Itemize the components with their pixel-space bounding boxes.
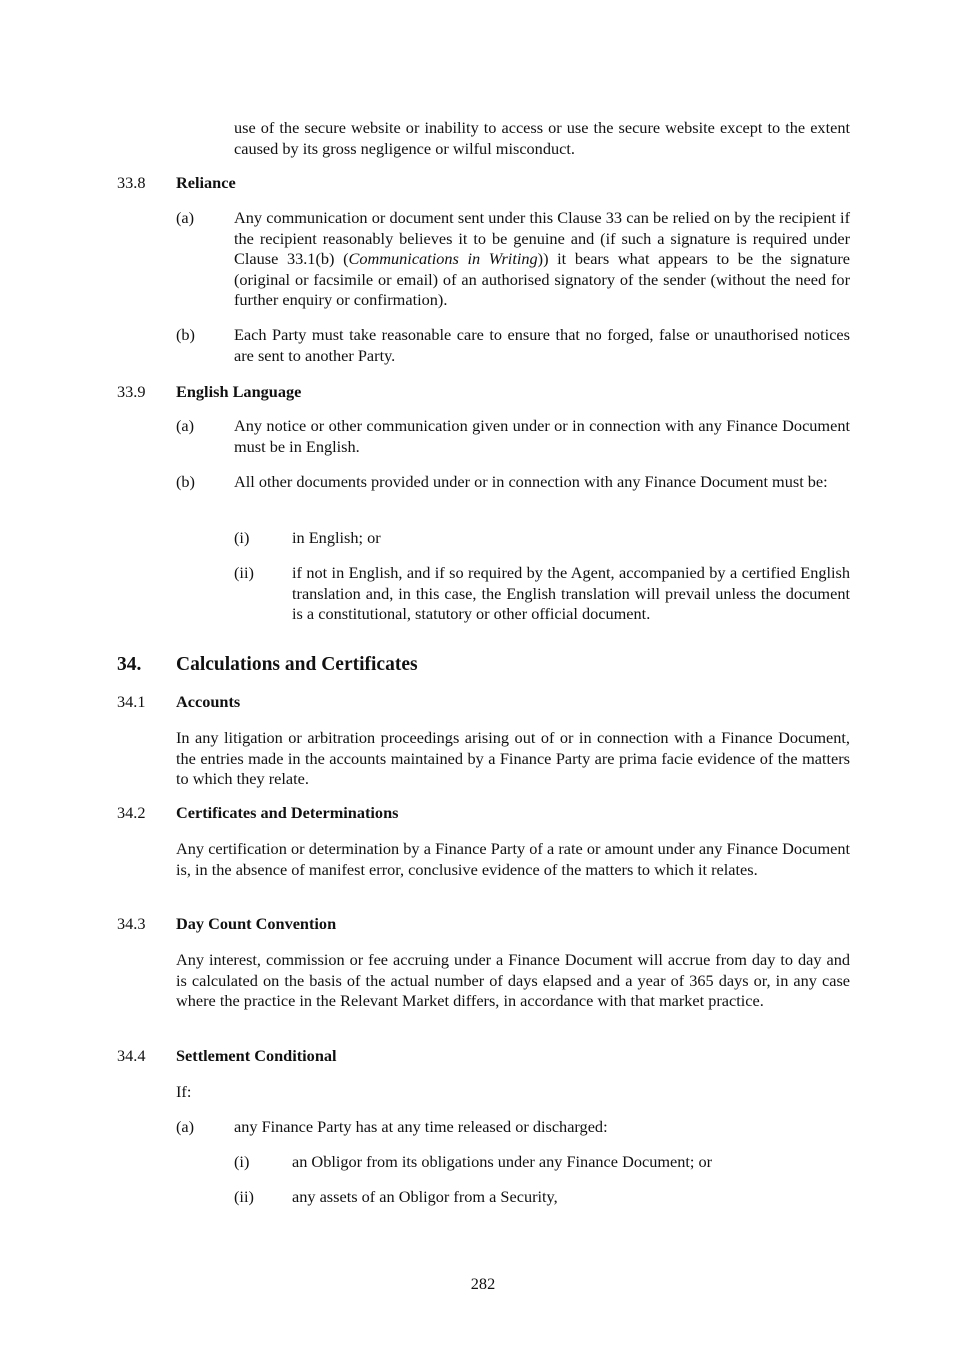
clause-heading: Day Count Convention — [176, 914, 336, 934]
clause-heading: Certificates and Determinations — [176, 803, 398, 823]
item-label: (i) — [234, 1152, 249, 1172]
item-label: (a) — [176, 416, 194, 436]
clause-paragraph: any assets of an Obligor from a Security… — [292, 1187, 850, 1208]
item-label: (b) — [176, 325, 195, 345]
clause-paragraph: Any communication or document sent under… — [234, 208, 850, 311]
item-label: (i) — [234, 528, 249, 548]
continuation-paragraph: use of the secure website or inability t… — [234, 118, 850, 159]
item-label: (b) — [176, 472, 195, 492]
clause-number: 34.2 — [117, 803, 146, 823]
clause-paragraph: in English; or — [292, 528, 850, 549]
clause-number: 33.8 — [117, 173, 146, 193]
clause-paragraph: Each Party must take reasonable care to … — [234, 325, 850, 366]
clause-heading: Reliance — [176, 173, 236, 193]
page-number: 282 — [0, 1274, 966, 1294]
clause-paragraph: any Finance Party has at any time releas… — [234, 1117, 850, 1138]
item-label: (ii) — [234, 563, 254, 583]
item-label: (a) — [176, 1117, 194, 1137]
clause-number: 34.4 — [117, 1046, 146, 1066]
clause-number: 34.3 — [117, 914, 146, 934]
section-number: 34. — [117, 654, 141, 676]
clause-heading: English Language — [176, 382, 301, 402]
clause-paragraph: If: — [176, 1082, 850, 1103]
clause-heading: Accounts — [176, 692, 240, 712]
item-label: (a) — [176, 208, 194, 228]
clause-paragraph: Any interest, commission or fee accruing… — [176, 950, 850, 1012]
cross-reference-title: Communications in Writing — [349, 249, 538, 268]
clause-paragraph: In any litigation or arbitration proceed… — [176, 728, 850, 790]
item-label: (ii) — [234, 1187, 254, 1207]
clause-paragraph: All other documents provided under or in… — [234, 472, 850, 493]
clause-paragraph: Any certification or determination by a … — [176, 839, 850, 880]
clause-paragraph: Any notice or other communication given … — [234, 416, 850, 457]
clause-paragraph: if not in English, and if so required by… — [292, 563, 850, 625]
clause-paragraph: an Obligor from its obligations under an… — [292, 1152, 850, 1173]
clause-heading: Settlement Conditional — [176, 1046, 337, 1066]
section-heading: Calculations and Certificates — [176, 654, 418, 676]
clause-number: 34.1 — [117, 692, 146, 712]
clause-number: 33.9 — [117, 382, 146, 402]
